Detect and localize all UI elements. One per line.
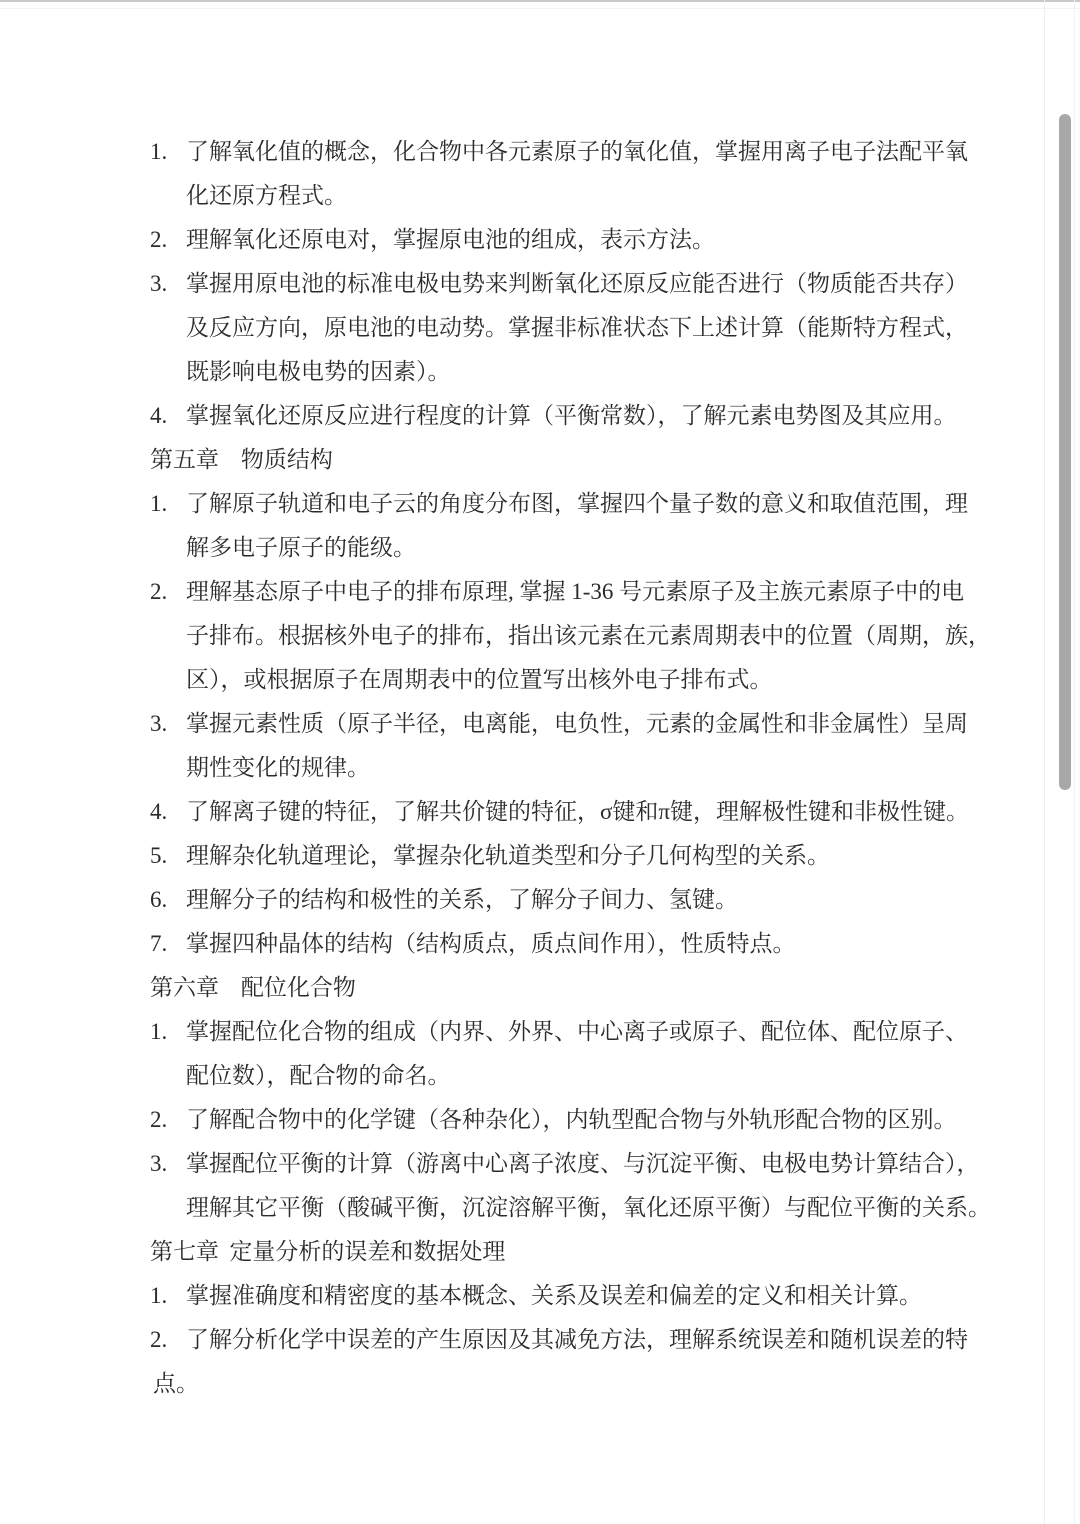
chapter-label: 第五章	[150, 447, 219, 472]
item-line-text: 理解基态原子中电子的排布原理, 掌握 1-36 号元素原子及主族元素原子中的电	[186, 579, 964, 604]
item-line-text: 理解氧化还原电对，掌握原电池的组成，表示方法。	[186, 227, 715, 252]
item-line-text: 理解分子的结构和极性的关系，了解分子间力、氢键。	[186, 887, 738, 912]
list-item: 4.了解离子键的特征，了解共价键的特征，σ键和π键，理解极性键和非极性键。	[0, 790, 1050, 834]
item-line-text: 了解分析化学中误差的产生原因及其减免方法，理解系统误差和随机误差的特	[186, 1327, 968, 1352]
document-body: 1.了解氧化值的概念，化合物中各元素原子的氧化值，掌握用离子电子法配平氧化还原方…	[0, 130, 1050, 1406]
item-number: 1.	[150, 482, 186, 526]
item-line-text: 掌握元素性质（原子半径，电离能，电负性，元素的金属性和非金属性）呈周	[186, 711, 968, 736]
list-item-continuation: 配位数），配合物的命名。	[0, 1054, 1050, 1098]
list-item: 2.理解氧化还原电对，掌握原电池的组成，表示方法。	[0, 218, 1050, 262]
list-item: 2.了解分析化学中误差的产生原因及其减免方法，理解系统误差和随机误差的特	[0, 1318, 1050, 1362]
chapter-heading: 第七章定量分析的误差和数据处理	[0, 1230, 1050, 1274]
chapter-heading: 第五章物质结构	[0, 438, 1050, 482]
item-line-text: 既影响电极电势的因素）。	[186, 359, 451, 384]
item-line-text: 掌握四种晶体的结构（结构质点，质点间作用），性质特点。	[186, 931, 796, 956]
item-line-text: 了解氧化值的概念，化合物中各元素原子的氧化值，掌握用离子电子法配平氧	[186, 139, 968, 164]
item-line-text: 期性变化的规律。	[186, 755, 370, 780]
item-line-text: 理解其它平衡（酸碱平衡，沉淀溶解平衡，氧化还原平衡）与配位平衡的关系。	[186, 1195, 991, 1220]
list-item-continuation: 期性变化的规律。	[0, 746, 1050, 790]
list-item: 4.掌握氧化还原反应进行程度的计算（平衡常数），了解元素电势图及其应用。	[0, 394, 1050, 438]
scrollbar-thumb[interactable]	[1059, 114, 1071, 790]
item-number: 4.	[150, 790, 186, 834]
top-border-line	[0, 0, 1080, 2]
list-item: 2.了解配合物中的化学键（各种杂化），内轨型配合物与外轨形配合物的区别。	[0, 1098, 1050, 1142]
list-item-continuation: 理解其它平衡（酸碱平衡，沉淀溶解平衡，氧化还原平衡）与配位平衡的关系。	[0, 1186, 1050, 1230]
list-item: 1.了解原子轨道和电子云的角度分布图，掌握四个量子数的意义和取值范围，理	[0, 482, 1050, 526]
item-number: 2.	[150, 1318, 186, 1362]
item-line-text: 化还原方程式。	[186, 183, 347, 208]
page-right-edge	[1044, 0, 1045, 1524]
document-page: 1.了解氧化值的概念，化合物中各元素原子的氧化值，掌握用离子电子法配平氧化还原方…	[0, 0, 1080, 1524]
chapter-label: 第六章	[150, 975, 219, 1000]
item-number: 6.	[150, 878, 186, 922]
chapter-heading: 第六章配位化合物	[0, 966, 1050, 1010]
item-number: 5.	[150, 834, 186, 878]
item-line-text: 掌握配位化合物的组成（内界、外界、中心离子或原子、配位体、配位原子、	[186, 1019, 968, 1044]
list-item-continuation: 既影响电极电势的因素）。	[0, 350, 1050, 394]
list-item-continuation: 子排布。根据核外电子的排布，指出该元素在元素周期表中的位置（周期，族，	[0, 614, 1050, 658]
item-number: 1.	[150, 130, 186, 174]
item-line-text: 掌握配位平衡的计算（游离中心离子浓度、与沉淀平衡、电极电势计算结合），	[186, 1151, 980, 1176]
chapter-label: 第七章	[150, 1239, 219, 1264]
item-line-text: 理解杂化轨道理论，掌握杂化轨道类型和分子几何构型的关系。	[186, 843, 830, 868]
scrollbar-track[interactable]	[1074, 0, 1075, 1524]
item-line-text: 了解原子轨道和电子云的角度分布图，掌握四个量子数的意义和取值范围，理	[186, 491, 968, 516]
item-line-text: 子排布。根据核外电子的排布，指出该元素在元素周期表中的位置（周期，族，	[186, 623, 991, 648]
item-line-text: 了解配合物中的化学键（各种杂化），内轨型配合物与外轨形配合物的区别。	[186, 1107, 957, 1132]
item-line-text: 区），或根据原子在周期表中的位置写出核外电子排布式。	[186, 667, 773, 692]
list-item-continuation: 点。	[0, 1362, 1050, 1406]
item-number: 3.	[150, 1142, 186, 1186]
item-number: 2.	[150, 218, 186, 262]
list-item: 1.掌握配位化合物的组成（内界、外界、中心离子或原子、配位体、配位原子、	[0, 1010, 1050, 1054]
item-line-text: 解多电子原子的能级。	[186, 535, 416, 560]
item-number: 2.	[150, 570, 186, 614]
item-number: 2.	[150, 1098, 186, 1142]
item-number: 3.	[150, 702, 186, 746]
list-item: 5.理解杂化轨道理论，掌握杂化轨道类型和分子几何构型的关系。	[0, 834, 1050, 878]
list-item: 3.掌握配位平衡的计算（游离中心离子浓度、与沉淀平衡、电极电势计算结合），	[0, 1142, 1050, 1186]
item-number: 1.	[150, 1010, 186, 1054]
list-item: 7.掌握四种晶体的结构（结构质点，质点间作用），性质特点。	[0, 922, 1050, 966]
top-border-faint-line	[0, 8, 1080, 9]
list-item: 1.了解氧化值的概念，化合物中各元素原子的氧化值，掌握用离子电子法配平氧	[0, 130, 1050, 174]
item-line-text: 及反应方向，原电池的电动势。掌握非标准状态下上述计算（能斯特方程式，	[186, 315, 968, 340]
item-line-text: 掌握用原电池的标准电极电势来判断氧化还原反应能否进行（物质能否共存）	[186, 271, 968, 296]
item-number: 1.	[150, 1274, 186, 1318]
list-item: 1.掌握准确度和精密度的基本概念、关系及误差和偏差的定义和相关计算。	[0, 1274, 1050, 1318]
item-line-text: 掌握准确度和精密度的基本概念、关系及误差和偏差的定义和相关计算。	[186, 1283, 922, 1308]
list-item-continuation: 区），或根据原子在周期表中的位置写出核外电子排布式。	[0, 658, 1050, 702]
list-item: 6.理解分子的结构和极性的关系，了解分子间力、氢键。	[0, 878, 1050, 922]
item-line-text: 掌握氧化还原反应进行程度的计算（平衡常数），了解元素电势图及其应用。	[186, 403, 957, 428]
item-line-text: 了解离子键的特征，了解共价键的特征，σ键和π键，理解极性键和非极性键。	[186, 799, 969, 824]
chapter-title: 配位化合物	[241, 975, 356, 1000]
list-item: 2.理解基态原子中电子的排布原理, 掌握 1-36 号元素原子及主族元素原子中的…	[0, 570, 1050, 614]
item-number: 3.	[150, 262, 186, 306]
list-item-continuation: 及反应方向，原电池的电动势。掌握非标准状态下上述计算（能斯特方程式，	[0, 306, 1050, 350]
item-number: 7.	[150, 922, 186, 966]
item-line-text: 点。	[153, 1371, 199, 1396]
chapter-title: 物质结构	[241, 447, 333, 472]
item-line-text: 配位数），配合物的命名。	[186, 1063, 451, 1088]
list-item: 3.掌握元素性质（原子半径，电离能，电负性，元素的金属性和非金属性）呈周	[0, 702, 1050, 746]
chapter-title: 定量分析的误差和数据处理	[229, 1239, 505, 1264]
list-item-continuation: 化还原方程式。	[0, 174, 1050, 218]
list-item-continuation: 解多电子原子的能级。	[0, 526, 1050, 570]
list-item: 3.掌握用原电池的标准电极电势来判断氧化还原反应能否进行（物质能否共存）	[0, 262, 1050, 306]
item-number: 4.	[150, 394, 186, 438]
